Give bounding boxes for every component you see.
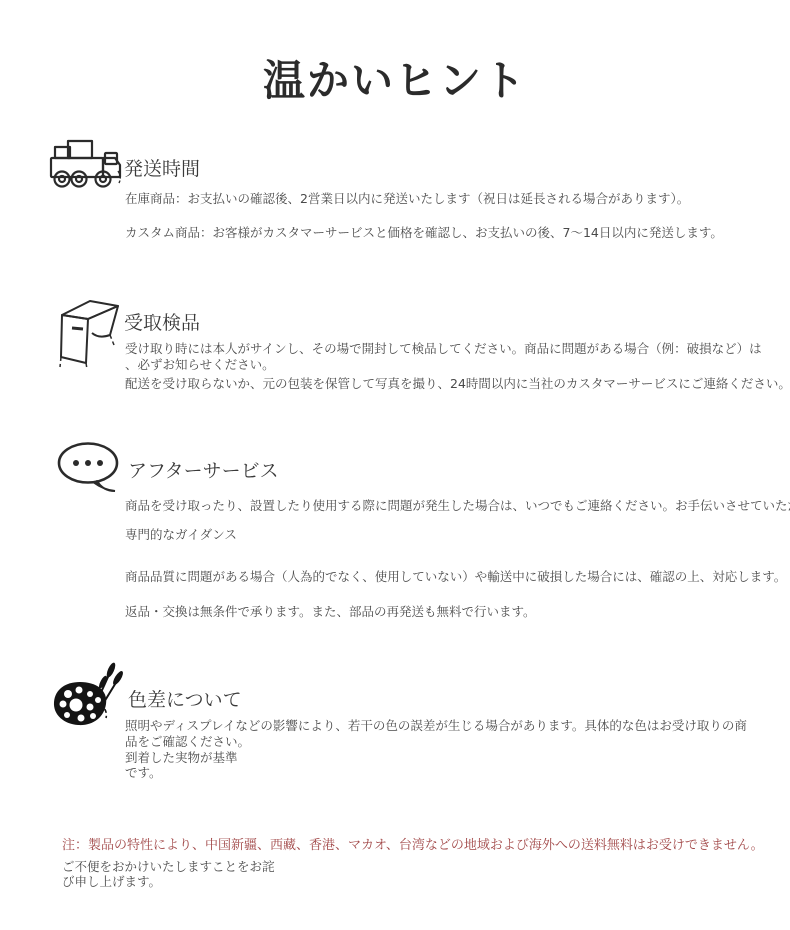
text-line: 商品品質に問題がある場合（人為的でなく、使用していない）や輸送中に破損した場合に… (125, 569, 786, 584)
shipping-restriction-note: 注：製品の特性により、中国新疆、西藏、香港、マカオ、台湾などの地域および海外への… (62, 834, 764, 853)
palette-icon (50, 660, 130, 728)
text-line: 照明やディスプレイなどの影響により、若干の色の誤差が生じる場合があります。具体的… (125, 718, 747, 733)
section-heading-after-service: アフターサービス (128, 456, 279, 483)
text-line: カスタム商品：お客様がカスタマーサービスと価格を確認し、お支払いの後、7～14日… (125, 225, 723, 240)
text-line: 、必ずお知らせください。 (125, 357, 275, 372)
section-heading-shipping: 発送時間 (124, 154, 200, 181)
text-line: 品をご確認ください。 (125, 734, 250, 749)
text-line: 在庫商品：お支払いの確認後、2営業日以内に発送いたします（祝日は延長される場合が… (125, 191, 689, 206)
warm-hints-page: 温かいヒント 発送時間 在庫商品：お支払いの確認後、2営業日以内に発送いたします… (0, 0, 790, 930)
speech-bubble-icon (55, 440, 125, 494)
truck-icon (48, 137, 124, 189)
text-line: 商品を受け取ったり、設置したり使用する際に問題が発生した場合は、いつでもご連絡く… (125, 498, 790, 513)
box-icon (52, 291, 120, 369)
text-line: 返品・交換は無条件で承ります。また、部品の再発送も無料で行います。 (125, 604, 536, 619)
section-heading-inspection: 受取検品 (124, 308, 200, 335)
text-line: 受け取り時には本人がサインし、その場で開封して検品してください。商品に問題がある… (125, 341, 762, 356)
page-title: 温かいヒント (0, 48, 790, 108)
text-line: 到着した実物が基準 (125, 750, 238, 765)
text-line: 専門的なガイダンス (125, 527, 237, 542)
section-heading-color-difference: 色差について (128, 685, 242, 712)
text-line: です。 (125, 765, 162, 780)
text-line: び申し上げます。 (62, 874, 161, 889)
text-line: 配送を受け取らないか、元の包装を保管して写真を撮り、24時間以内に当社のカスタマ… (125, 376, 790, 391)
text-line: ご不便をおかけいたしますことをお詫 (62, 859, 275, 874)
